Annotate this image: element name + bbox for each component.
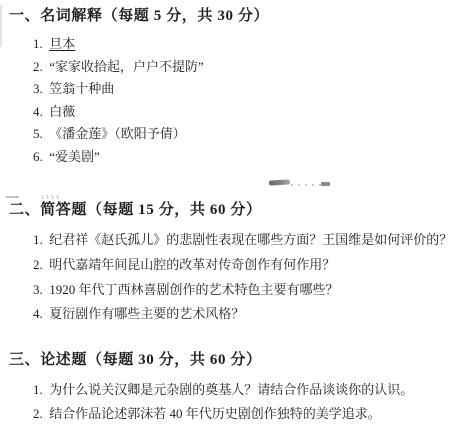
- item-number: 5.: [33, 123, 46, 146]
- item-text: 1920 年代丁西林喜剧创作的艺术特色主要有哪些？: [49, 282, 338, 297]
- question-item: 1. 为什么说关汉卿是元杂剧的奠基人？请结合作品谈谈你的认识。: [33, 378, 413, 402]
- question-item: 2. 明代嘉靖年间昆山腔的改革对传奇创作有何作用？: [33, 253, 452, 278]
- section-1-heading: 一、名词解释（每题 5 分，共 30 分）: [9, 6, 269, 26]
- item-text: “家家收拾起，户户不提防”: [49, 59, 204, 74]
- question-item: 3. 笠翁十种曲: [33, 78, 204, 101]
- item-text: 夏衍剧作有哪些主要的艺术风格？: [49, 306, 244, 321]
- item-text: 白薇: [49, 104, 75, 119]
- exam-paper-page: 一、名词解释（每题 5 分，共 30 分） 1. 旦本 2. “家家收拾起，户户…: [0, 0, 457, 433]
- question-item: 2. “家家收拾起，户户不提防”: [33, 56, 204, 79]
- item-text: 旦本: [49, 36, 75, 51]
- question-item: 4. 白薇: [33, 101, 204, 124]
- scan-smudge: [269, 179, 290, 185]
- item-number: 2.: [33, 56, 46, 79]
- item-number: 1.: [33, 33, 46, 56]
- item-text: 结合作品论述郭沫若 40 年代历史剧创作独特的美学追求。: [49, 406, 381, 421]
- scan-smudge-trail: [291, 184, 322, 186]
- item-text: 为什么说关汉卿是元杂剧的奠基人？请结合作品谈谈你的认识。: [49, 382, 413, 397]
- item-number: 2.: [33, 402, 46, 426]
- scan-pencil-mark: [6, 196, 19, 198]
- section-1-items: 1. 旦本 2. “家家收拾起，户户不提防” 3. 笠翁十种曲 4. 白薇 5.…: [33, 33, 204, 168]
- item-text: 明代嘉靖年间昆山腔的改革对传奇创作有何作用？: [49, 257, 335, 272]
- section-3-items: 1. 为什么说关汉卿是元杂剧的奠基人？请结合作品谈谈你的认识。 2. 结合作品论…: [33, 378, 413, 426]
- scan-smudge-dash: [321, 182, 330, 186]
- item-number: 1.: [33, 228, 46, 253]
- item-number: 4.: [33, 101, 46, 124]
- scan-pencil-scribble: [42, 195, 61, 199]
- section-2-heading: 二、简答题（每题 15 分，共 60 分）: [9, 200, 262, 220]
- item-text: 纪君祥《赵氏孤儿》的悲剧性表现在哪些方面？王国维是如何评价的？: [49, 232, 452, 247]
- question-item: 5. 《潘金莲》（欧阳予倩）: [33, 123, 204, 146]
- question-item: 2. 结合作品论述郭沫若 40 年代历史剧创作独特的美学追求。: [33, 402, 413, 426]
- question-item: 6. “爱美剧”: [33, 146, 204, 169]
- item-number: 6.: [33, 146, 46, 169]
- question-item: 1. 旦本: [33, 33, 204, 56]
- question-item: 1. 纪君祥《赵氏孤儿》的悲剧性表现在哪些方面？王国维是如何评价的？: [33, 228, 452, 253]
- item-number: 1.: [33, 378, 46, 402]
- item-text: “爱美剧”: [49, 149, 100, 164]
- section-3-heading: 三、论述题（每题 30 分，共 60 分）: [9, 350, 262, 370]
- question-item: 3. 1920 年代丁西林喜剧创作的艺术特色主要有哪些？: [33, 278, 452, 303]
- item-text: 笠翁十种曲: [49, 81, 114, 96]
- item-text: 《潘金莲》（欧阳予倩）: [49, 126, 186, 141]
- section-2-items: 1. 纪君祥《赵氏孤儿》的悲剧性表现在哪些方面？王国维是如何评价的？ 2. 明代…: [33, 228, 452, 327]
- item-number: 4.: [33, 302, 46, 327]
- item-number: 2.: [33, 253, 46, 278]
- scan-edge-artifact: [0, 5, 2, 47]
- question-item: 4. 夏衍剧作有哪些主要的艺术风格？: [33, 302, 452, 327]
- item-number: 3.: [33, 278, 46, 303]
- item-number: 3.: [33, 78, 46, 101]
